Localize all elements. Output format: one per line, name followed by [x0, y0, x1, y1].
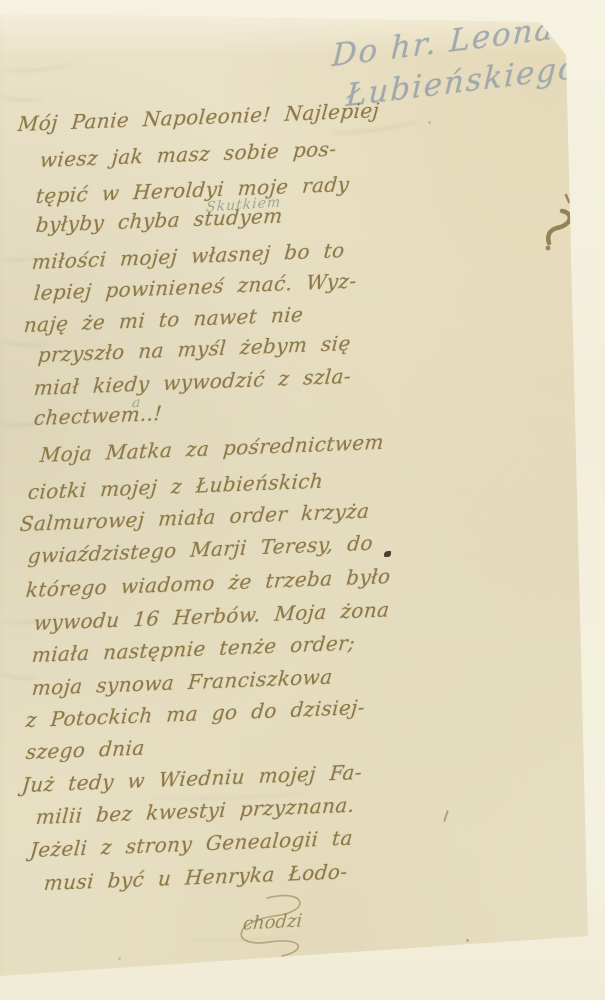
paper-speck: [565, 42, 570, 47]
letter-line: tępić w Heroldyi moje rady: [35, 172, 350, 208]
page-number-mark: 1: [547, 17, 563, 37]
ink-stain: [535, 192, 579, 256]
paper-speck: [466, 939, 469, 942]
letter-line: wywodu 16 Herbów. Moja żona: [33, 597, 391, 635]
pencil-correction-a: a: [131, 395, 141, 412]
letter-line: Mój Panie Napoleonie! Najlepiej: [17, 98, 380, 136]
letter-line: z Potockich ma go do dzisiej-: [25, 695, 366, 732]
letter-line: miała następnie tenże order;: [31, 631, 356, 668]
paper-speck: [428, 121, 431, 124]
stray-pen-mark: [443, 810, 449, 822]
letter-line: wiesz jak masz sobie pos-: [39, 137, 338, 172]
letter-line: moja synowa Franciszkowa: [31, 664, 334, 700]
manuscript-scan: { "scan": { "colors": { "paper": "#e8e0c…: [0, 0, 605, 1000]
bleed-through-ghost: [0, 666, 40, 680]
letter-line: którego wiadomo że trzeba było: [25, 564, 392, 602]
bleed-through-ghost: [0, 89, 46, 102]
letter-line: lepiej powinieneś znać. Wyz-: [33, 269, 358, 305]
letter-line: ciotki mojej z Łubieńskich: [27, 469, 324, 504]
letter-page: Do hr. Leona Łubieńskiego Mój Panie Napo…: [0, 0, 605, 1000]
ink-blot: [384, 551, 391, 557]
letter-line: naję że mi to nawet nie: [23, 302, 304, 337]
letter-line: szego dnia: [25, 735, 146, 764]
letter-line: Moja Matka za pośrednictwem: [39, 430, 385, 467]
letter-line: chectwem..!: [33, 401, 163, 430]
paper-speck: [118, 957, 121, 960]
letter-line: Salmurowej miała order krzyża: [19, 499, 371, 537]
letter-line: przyszło na myśl żebym się: [37, 331, 352, 367]
letter-line: gwiaździstego Marji Teresy, do: [27, 531, 374, 568]
bleed-through-ghost: [0, 58, 70, 74]
letter-line: miał kiedy wywodzić z szla-: [33, 364, 352, 400]
letter-line: Jeżeli z strony Genealogii ta: [29, 826, 354, 862]
letter-line: miłości mojej własnej bo to: [31, 238, 346, 274]
catchword-flourish: [212, 890, 342, 960]
